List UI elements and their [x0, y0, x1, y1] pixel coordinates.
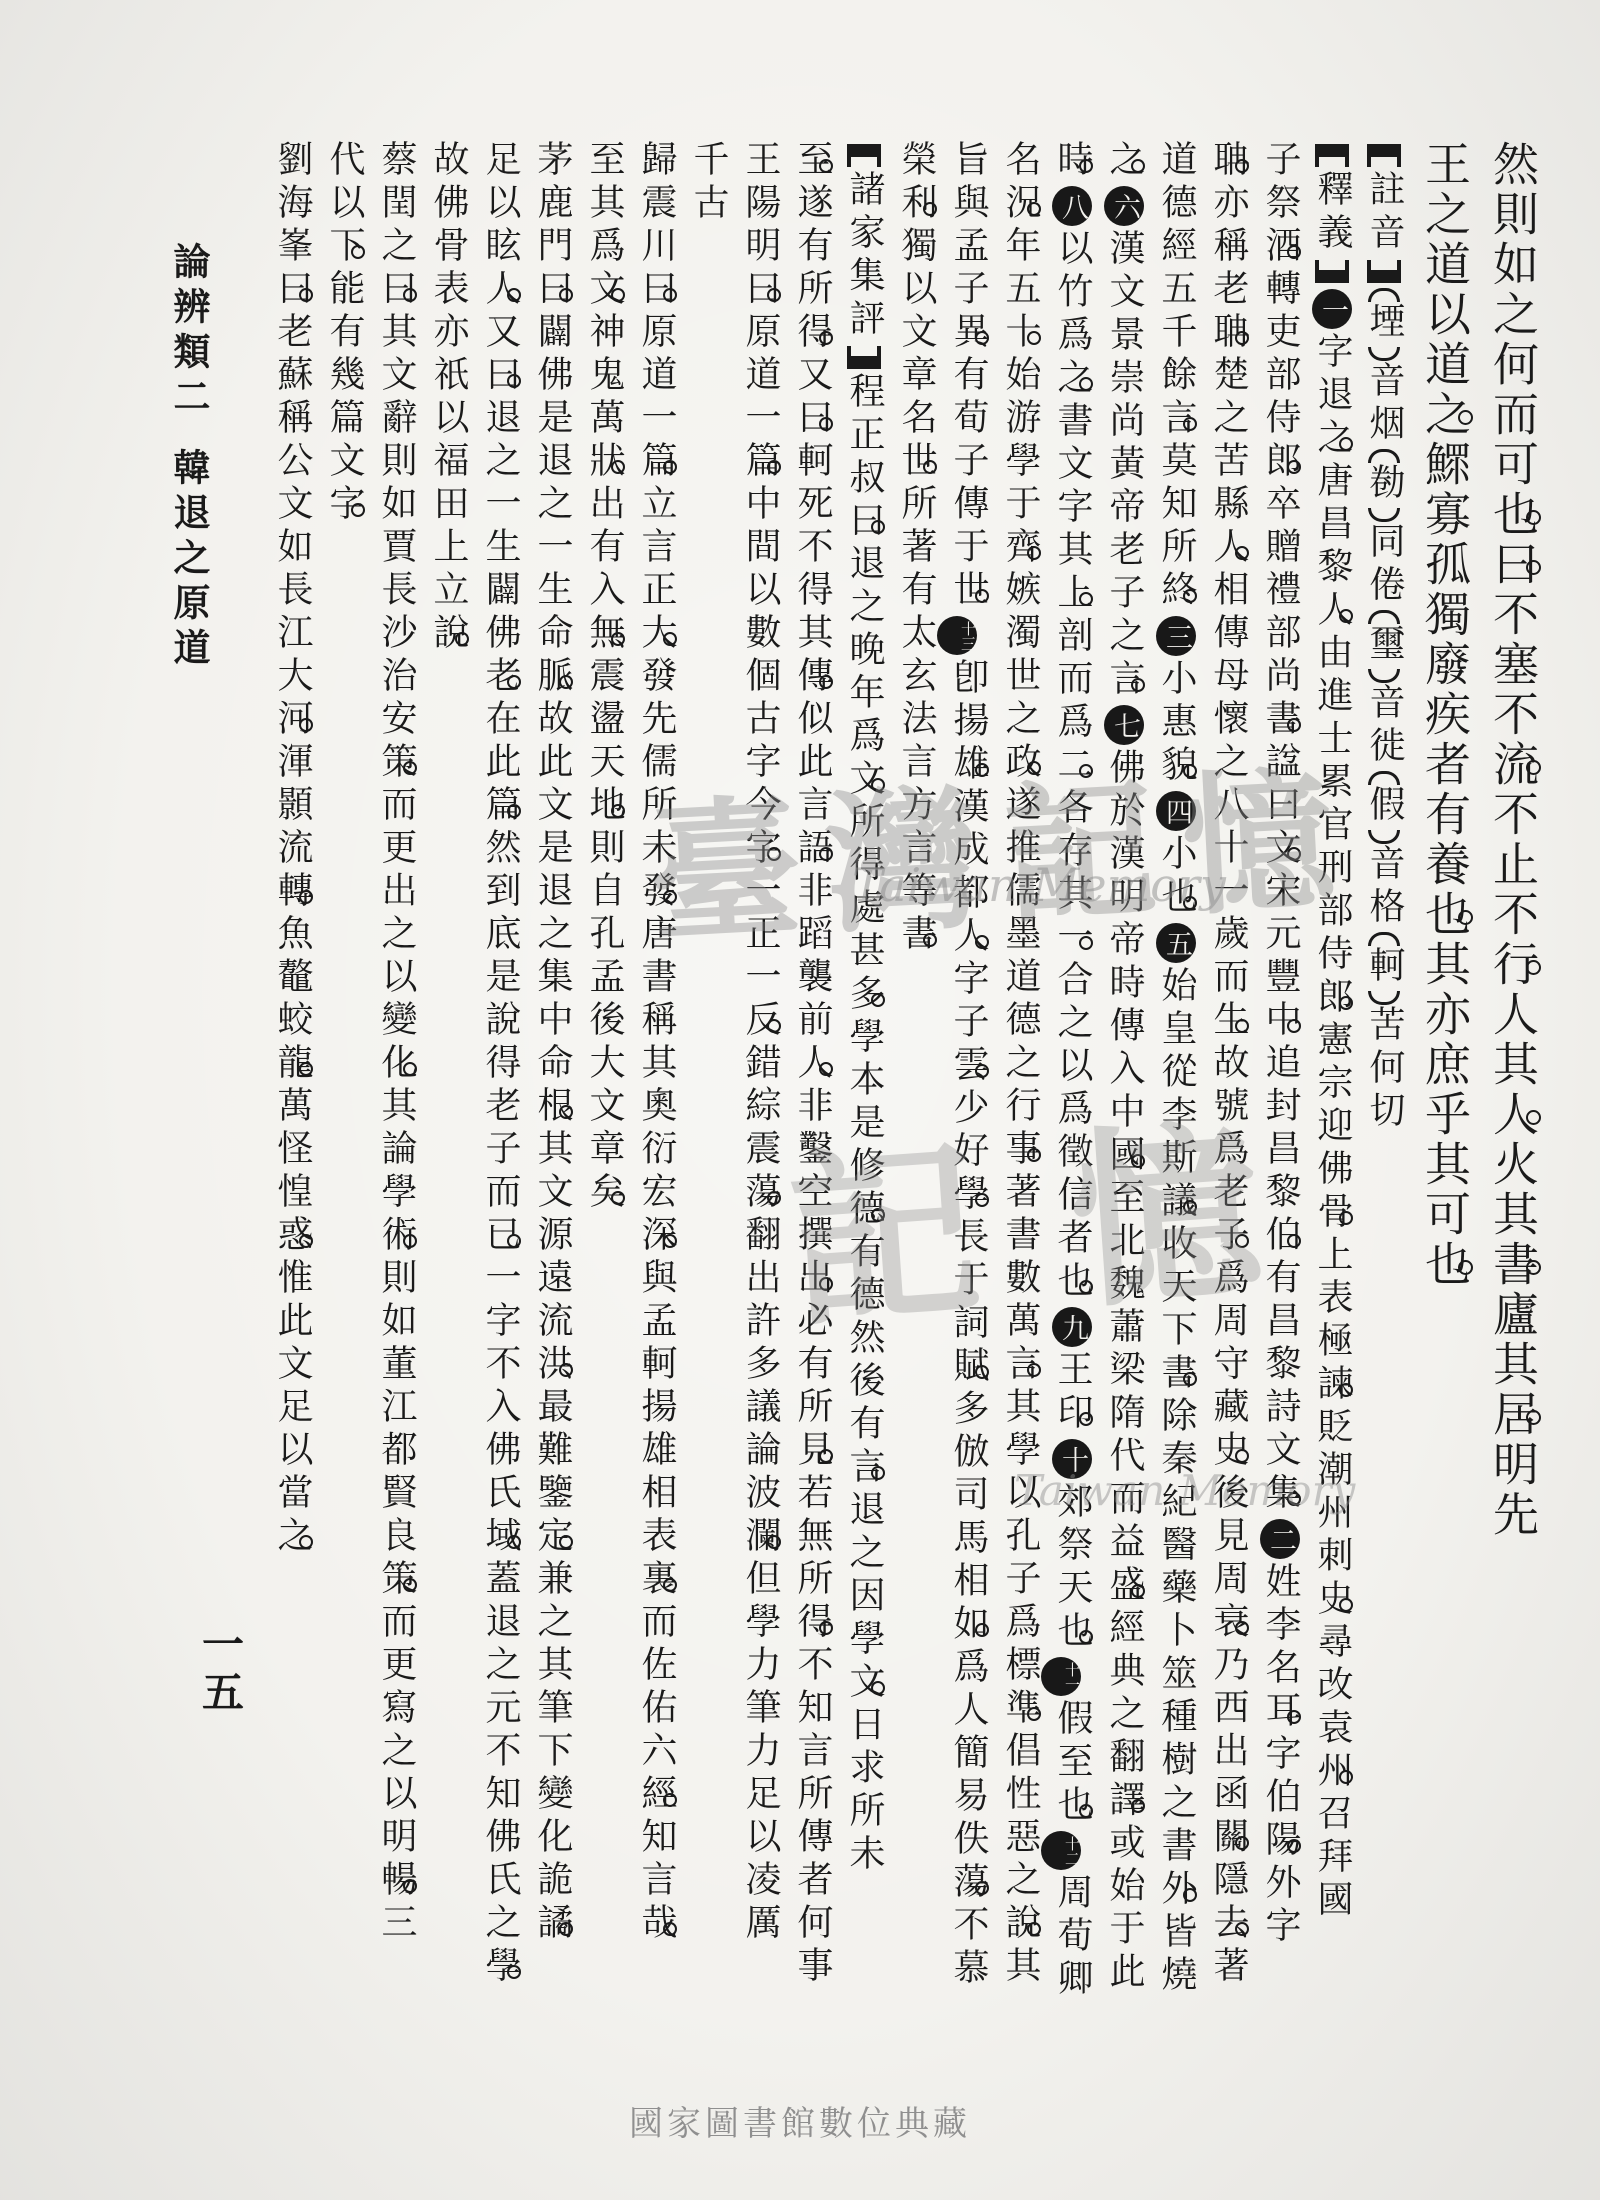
text-column: 故佛骨表亦祇以福田上立說 — [422, 140, 474, 2060]
annotation-number: 七 — [1104, 705, 1144, 745]
annotation-number: 五 — [1156, 923, 1196, 963]
paren-open — [1358, 447, 1410, 463]
bracket-open — [1306, 140, 1358, 170]
text-column: 旨與孟子異有荀子傳于世十三卽揚雄漢成都人字子雲少好學長于詞賦多倣司馬相如爲人簡易… — [942, 140, 994, 2060]
text-column: 王陽明曰原道一篇中間以數個古字今字一正一反錯綜震蕩翻出許多議論波瀾但學力筆力足以… — [734, 140, 786, 2060]
paren-open — [1358, 769, 1410, 785]
text-column: 榮利獨以文章名世所著有太玄法言方言等書 — [890, 140, 942, 2060]
margin-header: 論辨類二韓退之原道 — [162, 242, 216, 673]
annotation-number: 十 — [1052, 1439, 1092, 1479]
text-column: 之六漢文景崇尚黃帝老子之言七佛於漢明帝時傳入中國至北魏蕭梁隋代而益盛經典之翻譯或… — [1098, 140, 1150, 2060]
annotation-number: 二 — [1260, 1519, 1300, 1559]
main-text-block: 然則如之何而可也曰不塞不流不止不行人其人火其書廬其居明先王之道以道之鰥寡孤獨廢疾… — [266, 140, 1546, 2060]
text-column: 諸家集評程正叔曰退之晚年爲文所得處甚多學本是修德有德然後有言退之因學文日求所未 — [838, 140, 890, 2060]
text-column: 歸震川曰原道一篇立言正大發先儒所未發唐書稱其奧衍宏深與孟軻揚雄相表裏而佐佑六經知… — [630, 140, 682, 2060]
text-column: 名況年五十始游學于齊嫉濁世之政遂推儒墨道德之行事著書數萬言其學以孔子爲標準倡性惡… — [994, 140, 1046, 2060]
work-title: 韓退之原道 — [167, 448, 211, 673]
text-column: 茅鹿門曰闢佛是退之一生命脈故此文是退之集中命根其文源遠流洪最難鑒定兼之其筆下變化… — [526, 140, 578, 2060]
text-column: 子祭酒轉吏部侍郎卒贈禮部尚書諡曰文宋元豐中追封昌黎伯有昌黎詩文集二姓李名耳字伯陽… — [1254, 140, 1306, 2060]
bracket-close — [1358, 256, 1410, 286]
bracket-open — [838, 140, 890, 170]
paren-close — [1358, 506, 1410, 522]
text-column: 劉海峯曰老蘇稱公文如長江大河渾顥流轉魚鼇蛟龍萬怪惶惑惟此文足以當之 — [266, 140, 318, 2060]
paren-close — [1358, 667, 1410, 683]
text-column: 時八以竹爲之書文字其上剖而爲二各存其一合之以爲徵信者也九王印十郊祭天也十一假至也… — [1046, 140, 1098, 2060]
text-column: 釋義一字退之唐昌黎人由進士累官刑部侍郎憲宗迎佛骨上表極諫貶潮州刺史尋改袁州召拜國 — [1306, 140, 1358, 2060]
text-column: 至遂有所得又曰軻死不得其傳似此言語非蹈襲前人非鑿空撰出必有所見若無所得不知言所傳… — [786, 140, 838, 2060]
paren-close — [1358, 345, 1410, 361]
text-column: 蔡閏之曰其文辭則如賈長沙治安策而更出之以變化其論學術則如董江都賢良策而更寫之以明… — [370, 140, 422, 2060]
bracket-close — [1306, 256, 1358, 286]
archive-caption: 國家圖書館數位典藏 — [629, 2096, 971, 2145]
text-column: 然則如之何而可也曰不塞不流不止不行人其人火其書廬其居明先 — [1478, 140, 1546, 2060]
text-column: 足以眩人又曰退之一生闢佛老在此篇然到底是說得老子而已一字不入佛氏域蓋退之元不知佛… — [474, 140, 526, 2060]
annotation-number: 一 — [1312, 289, 1352, 329]
text-column: 千古 — [682, 140, 734, 2060]
scanned-book-page: { "page": { "background": "#f3f2ee", "in… — [0, 0, 1600, 2200]
text-column: 王之道以道之鰥寡孤獨廢疾者有養也其亦庶乎其可也 — [1410, 140, 1478, 2060]
paren-open — [1358, 286, 1410, 302]
bracket-open — [1358, 140, 1410, 170]
annotation-number: 九 — [1052, 1307, 1092, 1347]
annotation-number: 十三 — [937, 616, 977, 655]
page-number: 一五 — [190, 1622, 250, 1718]
annotation-number: 三 — [1156, 616, 1196, 656]
text-column: 聃亦稱老聃楚之苦縣人相傳母懷之八十一歲而生故號爲老子爲周守藏史後見周衰乃西出函關… — [1202, 140, 1254, 2060]
annotation-number: 四 — [1156, 791, 1196, 831]
text-column: 註音堙音烟勌同倦璽音徙假音格軻苦何切 — [1358, 140, 1410, 2060]
section-category: 論辨類二 — [167, 242, 211, 422]
text-column: 代以下能有幾篇文字 — [318, 140, 370, 2060]
annotation-number: 十二 — [1041, 1831, 1081, 1870]
annotation-number: 六 — [1104, 186, 1144, 226]
paren-open — [1358, 930, 1410, 946]
annotation-number: 八 — [1052, 186, 1092, 226]
paren-close — [1358, 828, 1410, 844]
annotation-number: 十一 — [1041, 1657, 1081, 1696]
text-column: 至其爲文神鬼萬狀出有入無震盪天地則自孔孟後大文章矣 — [578, 140, 630, 2060]
paren-close — [1358, 989, 1410, 1005]
text-column: 道德經五千餘言莫知所終三小惠貌四小也五始皇從李斯議收天下書除秦紀醫藥卜筮種樹之書… — [1150, 140, 1202, 2060]
paren-open — [1358, 608, 1410, 624]
bracket-close — [838, 342, 890, 372]
